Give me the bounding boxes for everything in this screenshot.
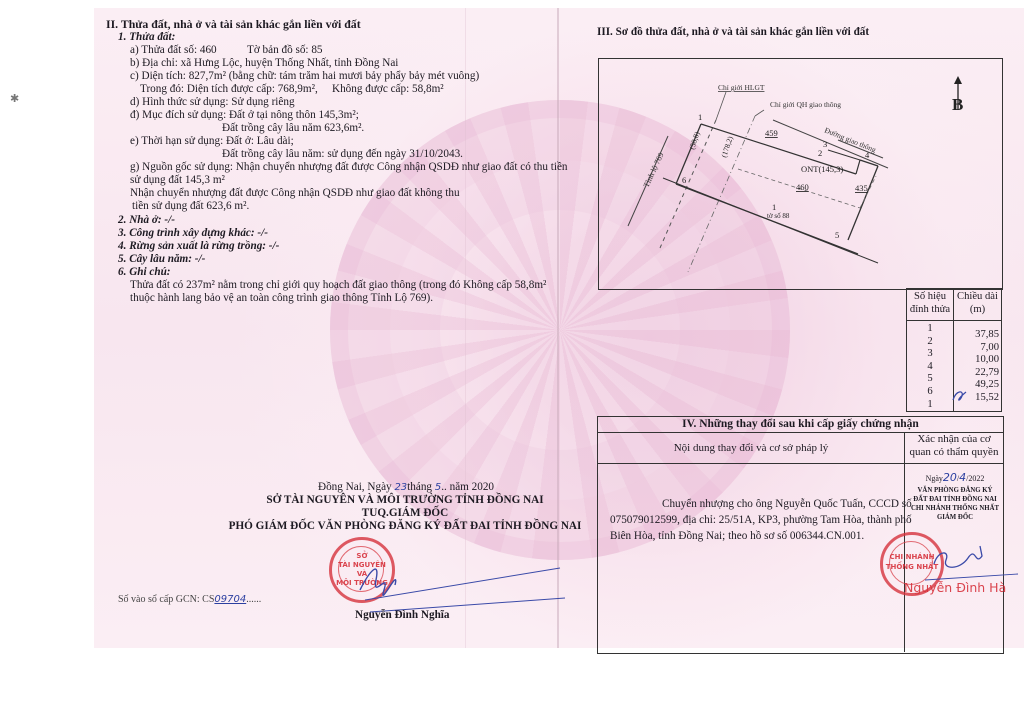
svg-text:2: 2 bbox=[818, 148, 822, 158]
change-content-line-3: Biên Hòa, tỉnh Đồng Nai; theo hồ sơ số 0… bbox=[610, 529, 864, 543]
item5-perennial: 5. Cây lâu năm: -/- bbox=[118, 252, 205, 266]
vertex-col-header: Số hiệu đỉnh thửa bbox=[907, 289, 954, 321]
issuer-dept: SỞ TÀI NGUYÊN VÀ MÔI TRƯỜNG TỈNH ĐỒNG NA… bbox=[240, 493, 570, 507]
change-content-line-1: Chuyển nhượng cho ông Nguyễn Quốc Tuấn, … bbox=[662, 497, 912, 511]
initial-mark bbox=[950, 388, 970, 404]
svg-text:1: 1 bbox=[698, 112, 702, 122]
svg-text:Tỉnh lộ 769: Tỉnh lộ 769 bbox=[642, 151, 666, 189]
area-not-granted: Không được cấp: 58,8m² bbox=[332, 82, 444, 96]
confirm-org: VĂN PHÒNG ĐĂNG KÝ ĐẤT ĐAI TỈNH ĐỒNG NAI … bbox=[905, 486, 1005, 522]
notes-line-1: Thửa đất có 237m² nằm trong chỉ giới quy… bbox=[130, 278, 546, 292]
issue-day: 23 bbox=[394, 482, 407, 493]
signer-left: Nguyễn Đình Nghĩa bbox=[355, 608, 450, 622]
usage-form: d) Hình thức sử dụng: Sử dụng riêng bbox=[130, 95, 295, 109]
changes-content-header: Nội dung thay đổi và cơ sở pháp lý bbox=[598, 433, 904, 464]
svg-text:459: 459 bbox=[765, 128, 778, 138]
registry-number-line: Số vào sổ cấp GCN: CS09704...... bbox=[118, 593, 261, 607]
area-granted: Trong đó: Diện tích được cấp: 768,9m², bbox=[140, 82, 318, 96]
vertex-col: 1 2 3 4 5 6 1 bbox=[907, 321, 954, 412]
item2-house: 2. Nhà ở: -/- bbox=[118, 213, 175, 227]
map-sheet-number: Tờ bản đồ số: 85 bbox=[247, 43, 323, 57]
svg-text:ONT(145,3): ONT(145,3) bbox=[801, 164, 843, 174]
registry-number: 09704 bbox=[214, 594, 246, 605]
issue-month: 5 bbox=[435, 482, 441, 493]
change-content-line-2: 075079012599, địa chỉ: 25/51A, KP3, phườ… bbox=[610, 513, 912, 527]
usage-origin: g) Nguồn gốc sử dụng: Nhận chuyển nhượng… bbox=[130, 160, 568, 174]
section-iii-title: III. Sơ đồ thửa đất, nhà ở và tài sản kh… bbox=[597, 25, 869, 39]
svg-text:Chỉ giới HLGT: Chỉ giới HLGT bbox=[718, 83, 765, 92]
item1-title: 1. Thửa đất: bbox=[118, 30, 175, 44]
issuer-authorized: TUQ.GIÁM ĐỐC bbox=[240, 506, 570, 520]
address: b) Địa chỉ: xã Hưng Lộc, huyện Thống Nhấ… bbox=[130, 56, 398, 70]
parcel-diagram: B Tỉnh lộ 769 Chỉ giới HLGT Chỉ giới QH … bbox=[598, 58, 1001, 288]
svg-text:(178,2): (178,2) bbox=[719, 135, 734, 159]
scan-speck: ✱ bbox=[10, 92, 18, 104]
svg-text:Chỉ giới QH giao thông: Chỉ giới QH giao thông bbox=[770, 100, 841, 109]
usage-term-2: Đất trồng cây lâu năm: sử dụng đến ngày … bbox=[222, 147, 463, 161]
north-arrow-icon: B bbox=[952, 76, 963, 114]
changes-confirm-header: Xác nhận của cơ quan có thẩm quyền bbox=[905, 433, 1003, 464]
signer-right: Nguyễn Đình Hà bbox=[904, 581, 1006, 595]
svg-text:(58,8): (58,8) bbox=[687, 130, 701, 150]
svg-text:1: 1 bbox=[772, 202, 776, 212]
svg-text:435: 435 bbox=[855, 183, 868, 193]
usage-origin-2: sử dụng đất 145,3 m² bbox=[130, 173, 225, 187]
svg-text:Đường giao thông: Đường giao thông bbox=[823, 126, 877, 155]
confirm-date: Ngày20/4/2022 bbox=[905, 473, 1005, 484]
svg-text:tờ số 88: tờ số 88 bbox=[767, 212, 790, 220]
changes-title: IV. Những thay đổi sau khi cấp giấy chứn… bbox=[598, 417, 1003, 433]
svg-text:3: 3 bbox=[823, 139, 827, 149]
usage-origin-3: Nhận chuyển nhượng đất được Công nhận QS… bbox=[130, 186, 460, 200]
issuer-title: PHÓ GIÁM ĐỐC VĂN PHÒNG ĐĂNG KÝ ĐẤT ĐAI T… bbox=[210, 519, 600, 533]
item3-construction: 3. Công trình xây dựng khác: -/- bbox=[118, 226, 268, 240]
svg-text:B: B bbox=[952, 95, 963, 114]
usage-purpose: đ) Mục đích sử dụng: Đất ở tại nông thôn… bbox=[130, 108, 359, 122]
area: c) Diện tích: 827,7m² (bằng chữ: tám tră… bbox=[130, 69, 479, 83]
parcel-number: a) Thửa đất số: 460 bbox=[130, 43, 217, 57]
usage-purpose-2: Đất trồng cây lâu năm 623,6m². bbox=[222, 121, 364, 135]
svg-text:6: 6 bbox=[682, 175, 686, 185]
item6-notes-title: 6. Ghi chú: bbox=[118, 265, 171, 279]
svg-text:5: 5 bbox=[835, 230, 839, 240]
length-col-header: Chiều dài (m) bbox=[954, 289, 1002, 321]
item4-forest: 4. Rừng sản xuất là rừng trồng: -/- bbox=[118, 239, 279, 253]
usage-origin-4: tiền sử dụng đất 623,6 m². bbox=[132, 199, 249, 213]
usage-term: e) Thời hạn sử dụng: Đất ở: Lâu dài; bbox=[130, 134, 294, 148]
notes-line-2: thuộc hành lang bảo vệ an toàn công trìn… bbox=[130, 291, 433, 305]
section-ii-title: II. Thửa đất, nhà ở và tài sản khác gắn … bbox=[106, 17, 361, 31]
svg-text:460: 460 bbox=[796, 182, 809, 192]
